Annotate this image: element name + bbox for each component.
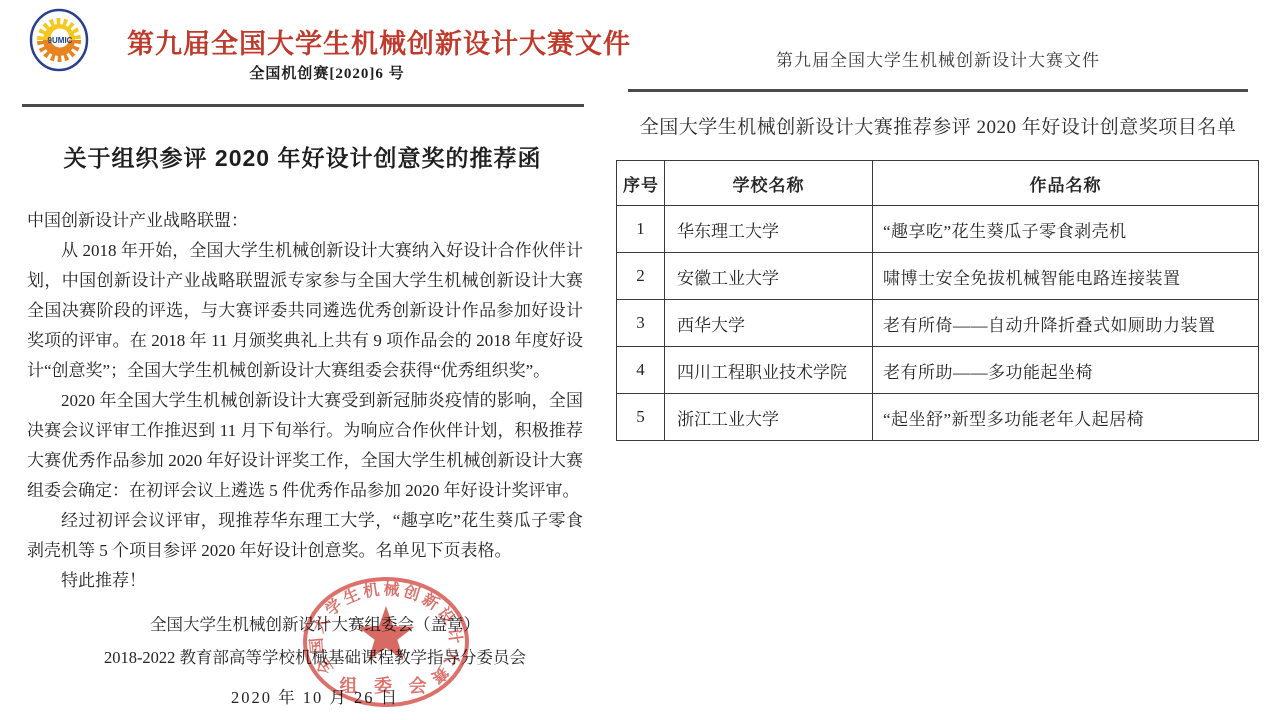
signature-date: 2020 年 10 月 26 日 (30, 681, 600, 714)
project-name: 啸博士安全免拔机械智能电路连接装置 (873, 253, 1259, 300)
school-name: 华东理工大学 (665, 206, 873, 253)
header-project: 作品名称 (873, 161, 1259, 206)
paragraph-3: 经过初评会议评审，现推荐华东理工大学，“趣享吃”花生葵瓜子零食剥壳机等 5 个项… (27, 506, 583, 566)
document-number: 全国机创赛[2020]6 号 (127, 62, 527, 83)
paragraph-1: 从 2018 年开始，全国大学生机械创新设计大赛纳入好设计合作伙伴计划，中国创新… (27, 236, 583, 386)
header-school: 学校名称 (665, 161, 873, 206)
project-name: 老有所助——多功能起坐椅 (873, 347, 1259, 394)
signature-block: 全国大学生机械创新设计大赛组委会（盖章） 2018-2022 教育部高等学校机械… (30, 608, 600, 714)
logo-text: 9UMIC (48, 36, 73, 45)
header-index: 序号 (617, 161, 665, 206)
table-row: 3西华大学老有所倚——自动升降折叠式如厕助力装置 (617, 300, 1259, 347)
letterhead-title: 第九届全国大学生机械创新设计大赛文件 (127, 22, 587, 61)
row-index: 2 (617, 253, 665, 300)
project-name: “趣享吃”花生葵瓜子零食剥壳机 (873, 206, 1259, 253)
page-header: 第九届全国大学生机械创新设计大赛文件 (616, 46, 1260, 71)
school-name: 四川工程职业技术学院 (665, 347, 873, 394)
row-index: 4 (617, 347, 665, 394)
school-name: 安徽工业大学 (665, 253, 873, 300)
document-canvas: 9UMIC 第九届全国大学生机械创新设计大赛文件 全国机创赛[2020]6 号 … (0, 0, 1269, 720)
table-row: 1华东理工大学“趣享吃”花生葵瓜子零食剥壳机 (617, 206, 1259, 253)
project-name: 老有所倚——自动升降折叠式如厕助力装置 (873, 300, 1259, 347)
table-header-row: 序号学校名称作品名称 (617, 161, 1259, 206)
row-index: 3 (617, 300, 665, 347)
competition-logo-icon: 9UMIC (29, 8, 89, 72)
letter-body: 中国创新设计产业战略联盟： 从 2018 年开始，全国大学生机械创新设计大赛纳入… (27, 206, 583, 596)
table-row: 4四川工程职业技术学院老有所助——多功能起坐椅 (617, 347, 1259, 394)
header-divider (628, 89, 1248, 92)
school-name: 浙江工业大学 (665, 394, 873, 441)
row-index: 5 (617, 394, 665, 441)
paragraph-2: 2020 年全国大学生机械创新设计大赛受到新冠肺炎疫情的影响，全国决赛会议评审工… (27, 386, 583, 506)
letter-title: 关于组织参评 2020 年好设计创意奖的推荐函 (0, 140, 605, 173)
signature-committee: 2018-2022 教育部高等学校机械基础课程教学指导分委员会 (30, 641, 600, 674)
school-name: 西华大学 (665, 300, 873, 347)
letter-page: 9UMIC 第九届全国大学生机械创新设计大赛文件 全国机创赛[2020]6 号 … (0, 0, 605, 720)
project-table-body: 1华东理工大学“趣享吃”花生葵瓜子零食剥壳机2安徽工业大学啸博士安全免拔机械智能… (617, 206, 1259, 441)
project-table: 序号学校名称作品名称 1华东理工大学“趣享吃”花生葵瓜子零食剥壳机2安徽工业大学… (616, 160, 1259, 441)
list-page: 第九届全国大学生机械创新设计大赛文件 全国大学生机械创新设计大赛推荐参评 202… (616, 0, 1260, 720)
row-index: 1 (617, 206, 665, 253)
letterhead-divider (22, 104, 584, 107)
signature-org: 全国大学生机械创新设计大赛组委会（盖章） (30, 608, 600, 641)
table-row: 5浙江工业大学“起坐舒”新型多功能老年人起居椅 (617, 394, 1259, 441)
project-name: “起坐舒”新型多功能老年人起居椅 (873, 394, 1259, 441)
closing-line: 特此推荐！ (27, 566, 583, 596)
list-title: 全国大学生机械创新设计大赛推荐参评 2020 年好设计创意奖项目名单 (616, 112, 1260, 139)
salutation: 中国创新设计产业战略联盟： (27, 206, 583, 236)
table-row: 2安徽工业大学啸博士安全免拔机械智能电路连接装置 (617, 253, 1259, 300)
